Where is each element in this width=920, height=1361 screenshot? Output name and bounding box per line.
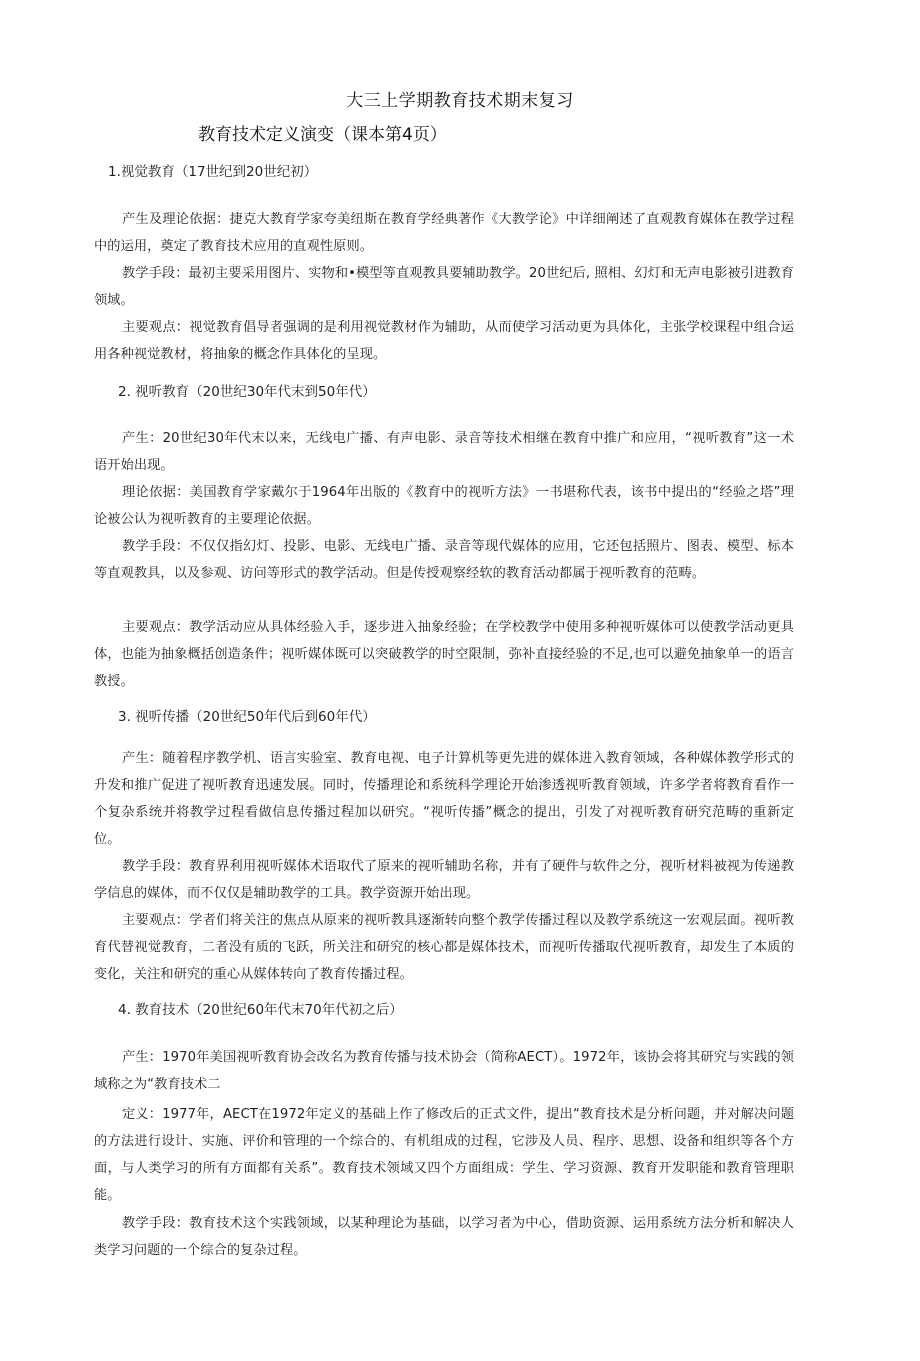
document-subtitle: 教育技术定义演变（课本第4页） [198, 120, 447, 145]
paragraph: 产生：随着程序教学机、语言实验室、教育电视、电子计算机等更先进的媒体进入教育领域… [94, 745, 794, 853]
section-heading-audiovisual-communication: 3. 视听传播（20世纪50年代后到60年代） [118, 705, 376, 725]
paragraph: 产生及理论依据：捷克大教育学家夸美纽斯在教育学经典著作《大教学论》中详细阐述了直… [94, 206, 794, 260]
paragraph: 产生：20世纪30年代末以来，无线电广播、有声电影、录音等技术相继在教育中推广和… [94, 425, 794, 479]
paragraph: 产生：1970年美国视听教育协会改名为教育传播与技术协会（简称AECT）。197… [94, 1044, 794, 1098]
section-heading-visual-education: 1.视觉教育（17世纪到20世纪初） [108, 160, 317, 180]
paragraph: 教学手段：教育技术这个实践领域，以某种理论为基础，以学习者为中心，借助资源、运用… [94, 1210, 794, 1264]
document-page: 大三上学期教育技术期末复习 教育技术定义演变（课本第4页） 1.视觉教育（17世… [0, 0, 920, 1361]
paragraph: 教学手段：不仅仅指幻灯、投影、电影、无线电广播、录音等现代媒体的应用，它还包括照… [94, 533, 794, 587]
paragraph: 主要观点：教学活动应从具体经验入手，逐步进入抽象经验；在学校教学中使用多种视听媒… [94, 614, 794, 695]
paragraph: 定义：1977年，AECT在1972年定义的基础上作了修改后的正式文件，提出“教… [94, 1101, 794, 1209]
paragraph: 理论依据：美国教育学家戴尔于1964年出版的《教育中的视听方法》一书堪称代表，该… [94, 479, 794, 533]
paragraph: 主要观点：视觉教育倡导者强调的是利用视觉教材作为辅助，从而使学习活动更为具体化，… [94, 314, 794, 368]
document-title: 大三上学期教育技术期末复习 [0, 86, 920, 111]
section-heading-audiovisual-education: 2. 视听教育（20世纪30年代末到50年代） [118, 380, 376, 400]
paragraph: 教学手段：教育界利用视听媒体术语取代了原来的视听辅助名称，并有了硬件与软件之分，… [94, 853, 794, 907]
paragraph: 主要观点：学者们将关注的焦点从原来的视听教具逐渐转向整个教学传播过程以及教学系统… [94, 907, 794, 988]
section-heading-educational-technology: 4. 教育技术（20世纪60年代末70年代初之后） [118, 998, 403, 1018]
document-title-text: 大三上学期教育技术期末复习 [346, 86, 574, 111]
paragraph: 教学手段：最初主要采用图片、实物和•模型等直观教具要辅助教学。20世纪后, 照相… [94, 260, 794, 314]
